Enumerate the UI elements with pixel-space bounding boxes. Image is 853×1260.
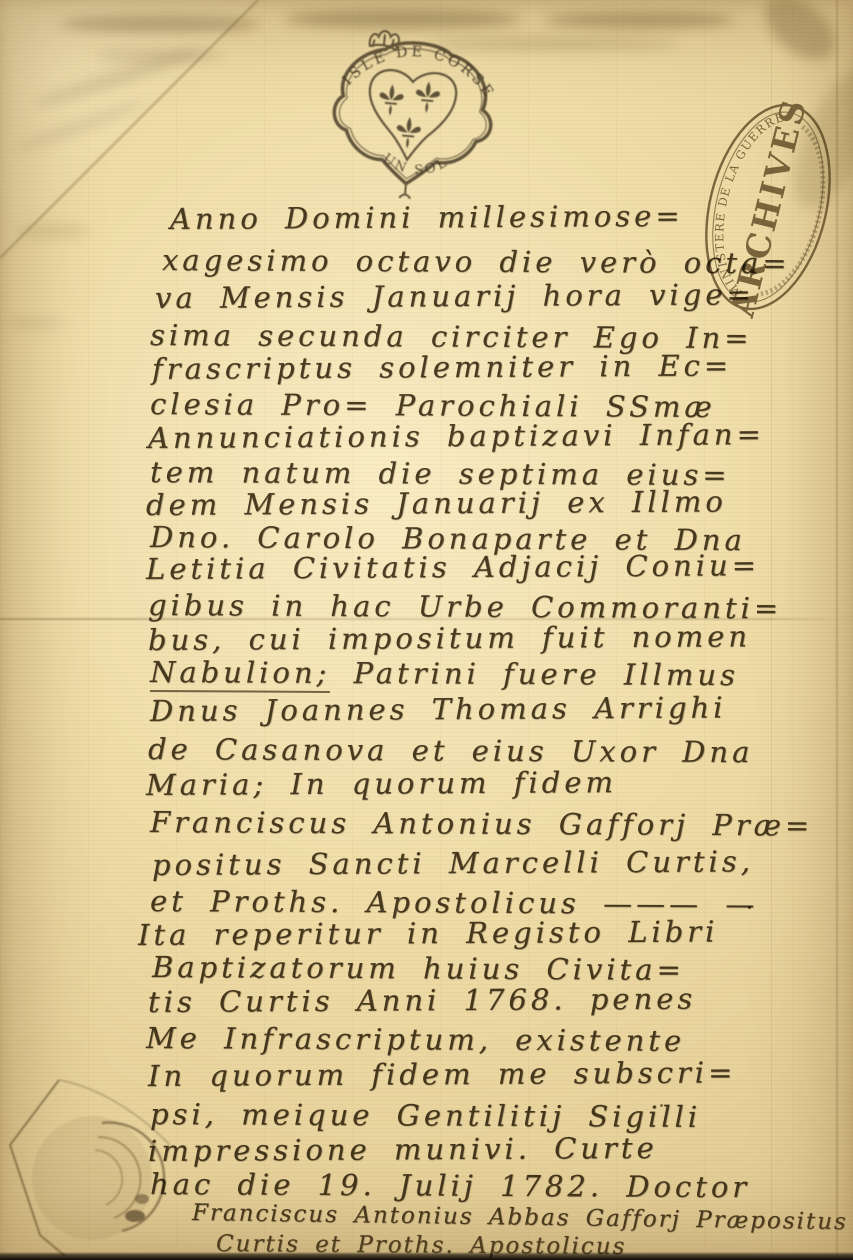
manuscript-line: Anno Domini millesimose=: [170, 199, 684, 236]
manuscript-line: tis Curtis Anni 1768. penes: [148, 982, 696, 1019]
manuscript-line: de Casanova et eius Uxor Dna: [148, 732, 754, 769]
manuscript-line: psi, meique Gentilitij Sigilli: [150, 1097, 701, 1134]
manuscript-line: frascriptus solemniter in Ec=: [152, 348, 732, 386]
manuscript-line: Maria; In quorum fidem: [146, 765, 617, 802]
manuscript-line: Me Infrascriptum, existente: [146, 1021, 685, 1058]
manuscript-line-nabulion: Nabulion; Patrini fuere Illmus: [150, 655, 739, 692]
scan-edge-shadow: [0, 1252, 853, 1260]
manuscript-line: impressione munivi. Curte: [148, 1131, 658, 1168]
manuscript-line: dem Mensis Januarij ex Illmo: [146, 484, 727, 522]
manuscript-text: Anno Domini millesimose= xagesimo octavo…: [0, 0, 853, 1260]
manuscript-line: va Mensis Januarij hora vige=: [155, 277, 755, 315]
manuscript-line: Annunciationis baptizavi Infan=: [148, 417, 765, 455]
manuscript-line-rest: Patrini fuere Illmus: [330, 656, 739, 692]
manuscript-line: Dnus Joannes Thomas Arrighi: [150, 690, 727, 728]
manuscript-line: xagesimo octavo die verò octa=: [162, 243, 791, 280]
manuscript-line: Ita reperitur in Registo Libri: [138, 914, 719, 952]
manuscript-line: In quorum fidem me subscri=: [148, 1055, 737, 1093]
manuscript-line: bus, cui impositum fuit nomen: [148, 619, 751, 657]
manuscript-line: Letitia Civitatis Adjacij Coniu=: [146, 548, 760, 586]
manuscript-line: positus Sancti Marcelli Curtis,: [152, 844, 754, 882]
underlined-name-nabulion: Nabulion;: [150, 655, 331, 693]
document-page: ISLE DE CORSE UN SOL ARCHIVES MINISTERE …: [0, 0, 853, 1260]
manuscript-line: Franciscus Antonius Gafforj Præ=: [150, 805, 813, 842]
